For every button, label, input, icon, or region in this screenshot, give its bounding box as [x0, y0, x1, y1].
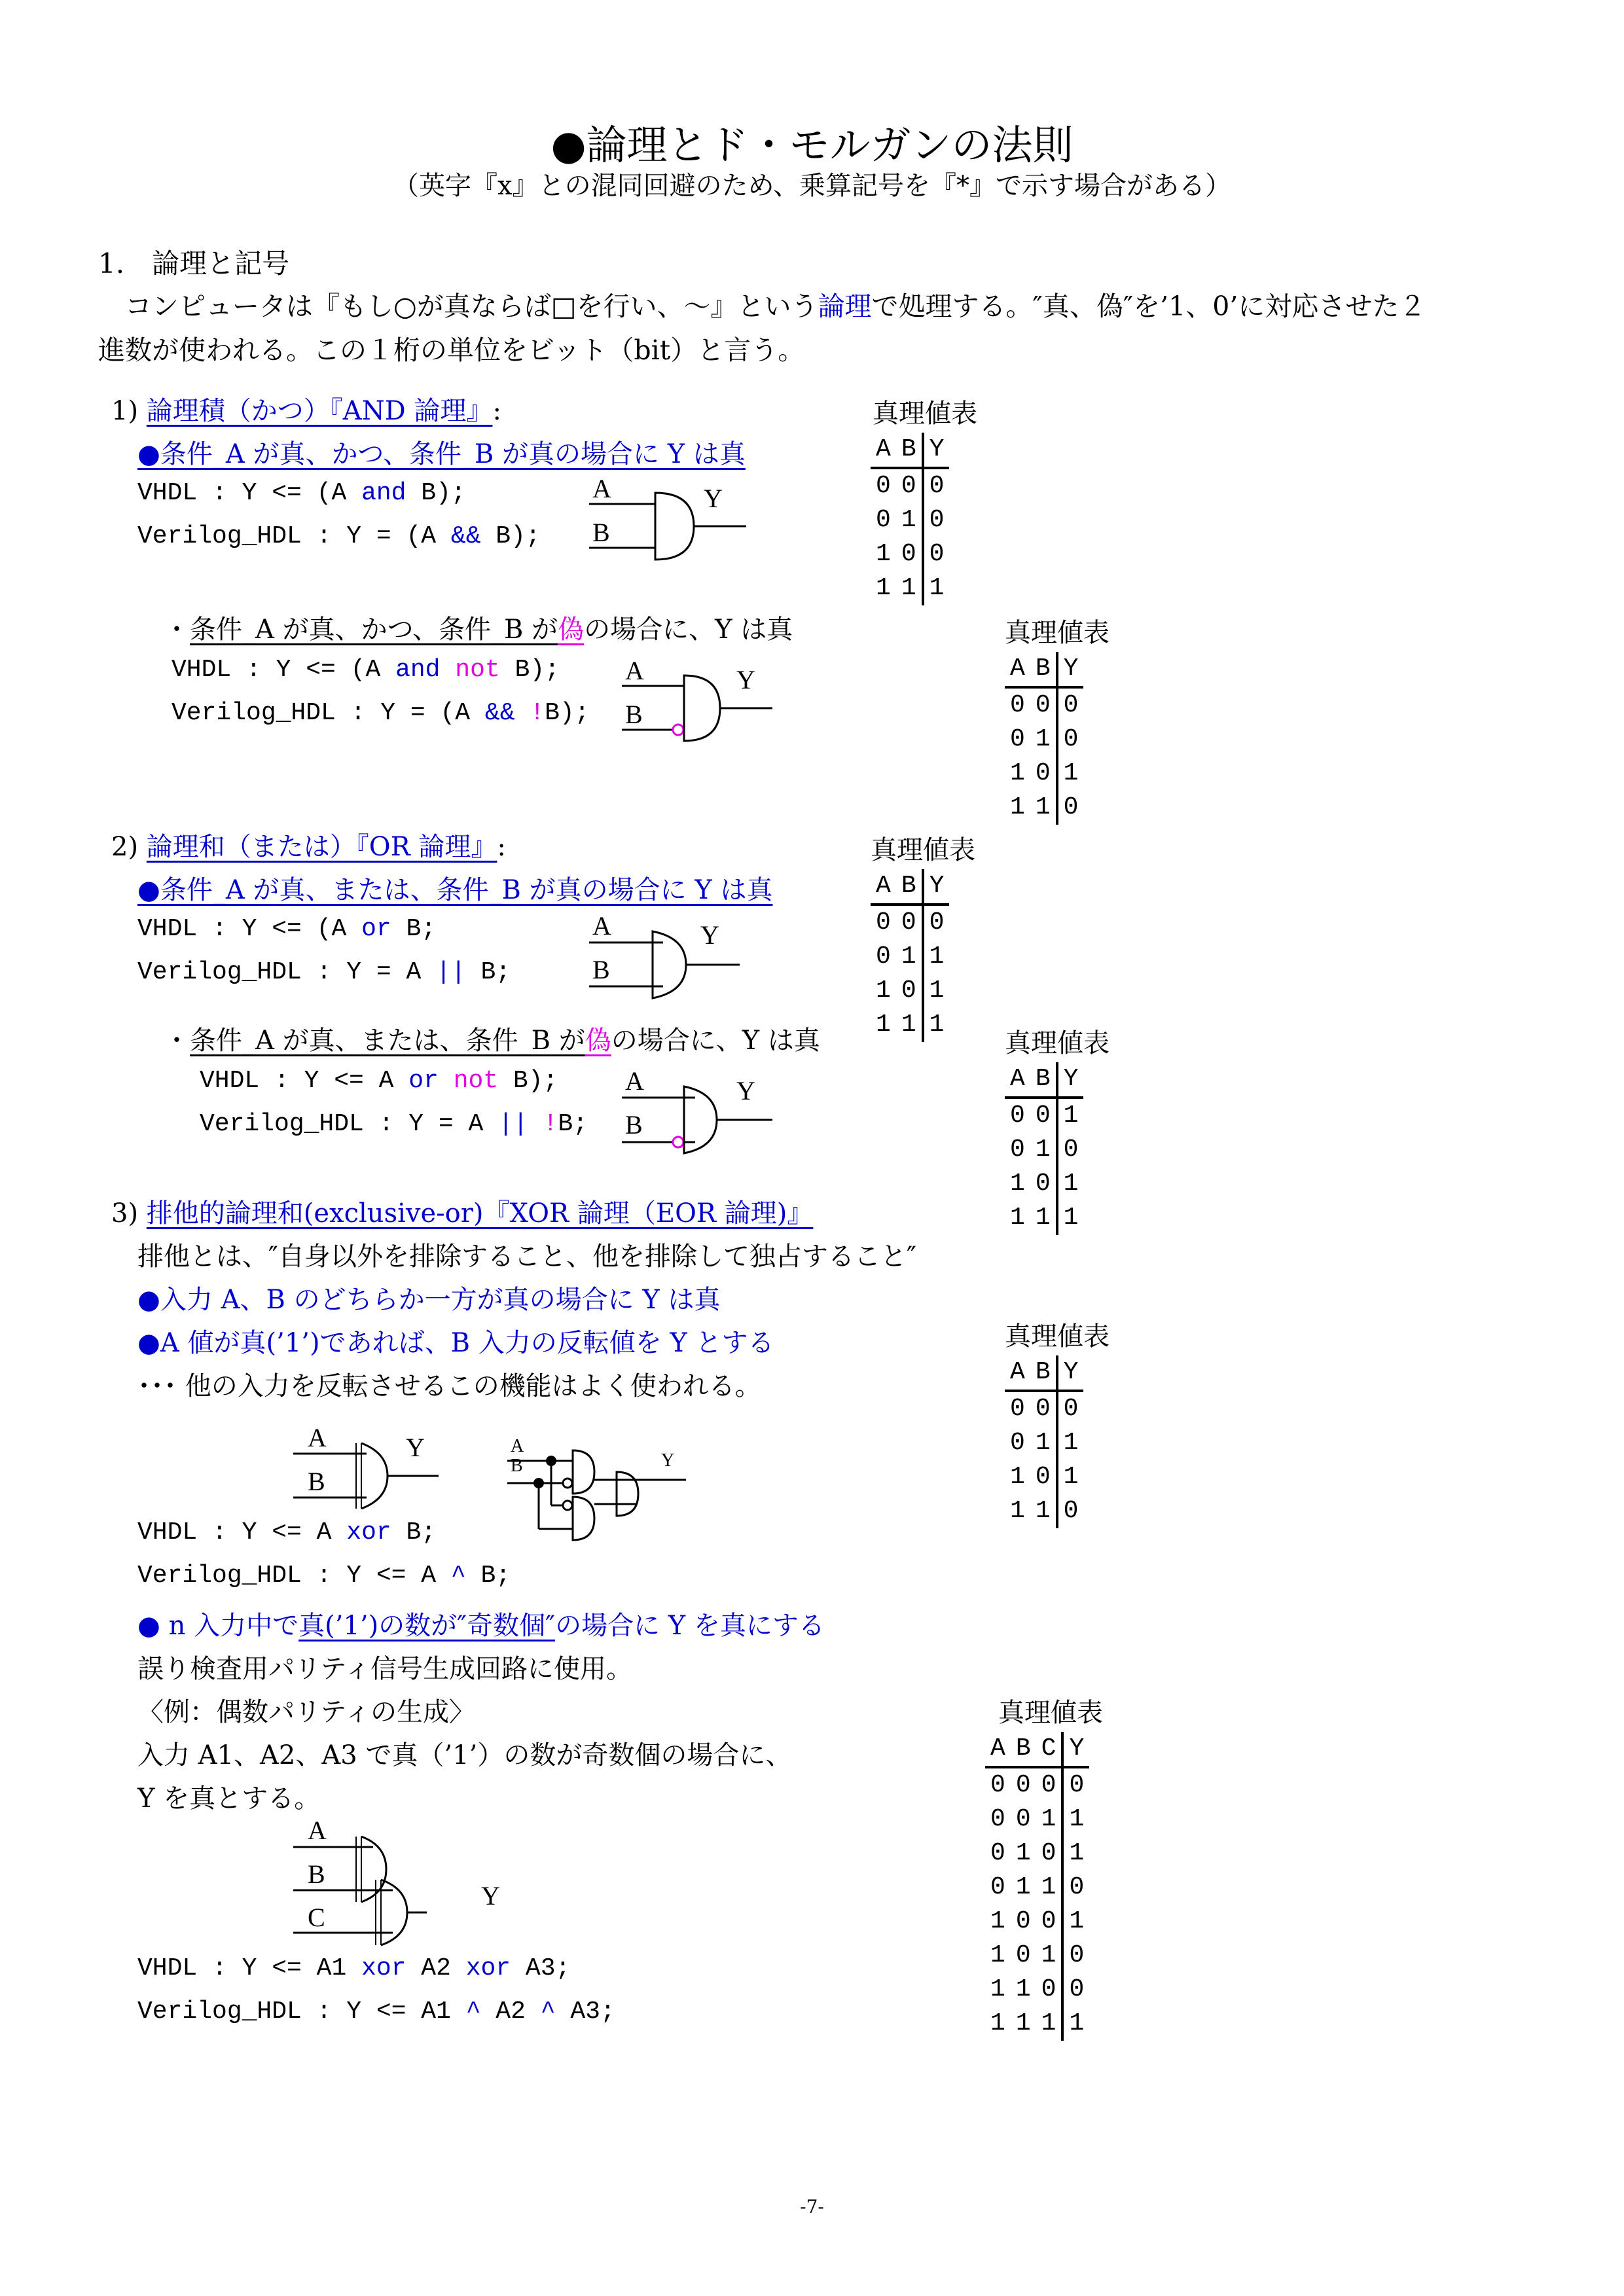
- operator: &&: [451, 522, 481, 550]
- label-a: A: [592, 474, 611, 503]
- and-gate-diagram: A B Y: [576, 471, 772, 563]
- svg-text:B: B: [308, 1467, 325, 1496]
- and-heading: 1) 論理積（かつ）『AND 論理』:: [111, 390, 501, 427]
- page-number: -7-: [0, 2196, 1624, 2217]
- parity-example-title: 〈例：偶数パリティの生成〉: [137, 1691, 475, 1729]
- page-title: ●論理とド・モルガンの法則: [0, 113, 1624, 171]
- false-word: 偽: [558, 615, 584, 645]
- label-a: A: [625, 656, 644, 685]
- and-not-truth-table: ABY 000 010 101 110: [1005, 652, 1083, 825]
- or-not-truth-table-block: 真理値表 ABY 001 010 101 111: [1005, 1022, 1110, 1235]
- xor-note: ･･･ 他の入力を反転させるこの機能はよく使われる。: [137, 1365, 761, 1403]
- or-not-gate-diagram: A B Y: [609, 1067, 805, 1158]
- or-not-truth-table: ABY 001 010 101 111: [1005, 1062, 1083, 1235]
- label-b: B: [592, 518, 610, 547]
- intro-text-b: で処理する。″真、偽″を’1、0’に対応させた２: [872, 291, 1426, 322]
- svg-text:B: B: [511, 1456, 523, 1476]
- svg-text:Y: Y: [661, 1450, 674, 1471]
- svg-text:A: A: [592, 911, 611, 941]
- intro-paragraph-line2: 進数が使われる。この１桁の単位をビット（bit）と言う。: [98, 329, 804, 367]
- page-subtitle: （英字『x』との混同回避のため、乗算記号を『*』で示す場合がある）: [0, 165, 1624, 202]
- svg-text:A: A: [625, 1066, 644, 1096]
- and-not-gate-diagram: A B Y: [609, 655, 805, 746]
- xor-heading: 3) 排他的論理和(exclusive-or)『XOR 論理（EOR 論理)』: [111, 1193, 813, 1230]
- xor-rule-2: ●A 値が真(’1’)であれば、B 入力の反転値を Y とする: [137, 1322, 774, 1359]
- parity-truth-table: ABCY 0000 0011 0101 0110 1001 1010 1100 …: [985, 1732, 1089, 2041]
- and-verilog: Verilog_HDL : Y = (A && B);: [137, 522, 541, 550]
- and-rule: ●条件_A が真、かつ、条件_B が真の場合に Y は真: [137, 433, 746, 471]
- parity-example-line1: 入力 A1、A2、A3 で真（’1’）の数が奇数個の場合に、: [137, 1734, 791, 1772]
- label-b: B: [625, 700, 643, 729]
- or-verilog: Verilog_HDL : Y = A || B;: [137, 958, 511, 986]
- and-number: 1): [111, 396, 138, 426]
- or-title-suffix: :: [497, 832, 505, 862]
- or-heading: 2) 論理和（または）『OR 論理』:: [111, 826, 506, 863]
- code: B);: [481, 522, 541, 550]
- xor-verilog: Verilog_HDL : Y <= A ^ B;: [137, 1562, 511, 1590]
- svg-text:A: A: [308, 1816, 327, 1845]
- and-truth-table-block: 真理値表 ABY 000 010 100 111: [871, 393, 977, 605]
- and-not-truth-table-block: 真理値表 ABY 000 010 101 110: [1005, 612, 1110, 825]
- svg-text:Y: Y: [736, 1076, 755, 1105]
- svg-text:Y: Y: [700, 920, 719, 950]
- parity-vhdl: VHDL : Y <= A1 xor A2 xor A3;: [137, 1954, 570, 1982]
- or-title-link[interactable]: 論理和（または）『OR 論理』: [147, 832, 497, 862]
- code: Verilog_HDL : Y = (A: [137, 522, 451, 550]
- code: B);: [406, 479, 465, 507]
- xor-gate-diagram: A B Y: [288, 1414, 471, 1512]
- xor-truth-table-block: 真理値表 ABY 000 011 101 110: [1005, 1316, 1110, 1528]
- svg-text:B: B: [308, 1859, 325, 1889]
- xor-composite-diagram: A B Y: [497, 1433, 694, 1545]
- truth-table-title: 真理値表: [873, 393, 977, 430]
- intro-paragraph-line1: コンピュータは『もし○が真ならば□を行い、～』という論理で処理する。″真、偽″を…: [98, 285, 1426, 323]
- bullet: ・: [164, 615, 190, 645]
- svg-text:Y: Y: [406, 1433, 425, 1462]
- label-y: Y: [736, 665, 755, 694]
- svg-text:B: B: [625, 1110, 643, 1139]
- rule-text: 条件_A が真、かつ、条件_B が: [190, 615, 558, 645]
- and-title-suffix: :: [492, 396, 501, 426]
- keyword: and: [361, 479, 406, 507]
- or-vhdl: VHDL : Y <= (A or B;: [137, 915, 436, 943]
- and-not-verilog: Verilog_HDL : Y = (A && !B);: [171, 699, 590, 727]
- xor-vhdl: VHDL : Y <= A xor B;: [137, 1518, 436, 1547]
- or-not-vhdl: VHDL : Y <= A or not B);: [200, 1067, 558, 1095]
- code: VHDL : Y <= (A: [137, 479, 361, 507]
- col-b: B: [896, 433, 923, 468]
- or-not-verilog: Verilog_HDL : Y = A || !B;: [200, 1110, 588, 1138]
- xor-title-link[interactable]: 排他的論理和(exclusive-or)『XOR 論理（EOR 論理)』: [147, 1198, 814, 1229]
- or-rule: ●条件_A が真、または、条件_B が真の場合に Y は真: [137, 869, 772, 906]
- xor-rule-1: ●入力 A、B のどちらか一方が真の場合に Y は真: [137, 1279, 720, 1316]
- label-y: Y: [704, 484, 723, 513]
- or-truth-table: ABY 000 011 101 111: [871, 869, 949, 1042]
- section-heading: 1. 論理と記号: [98, 242, 289, 281]
- truth-table-title: 真理値表: [1005, 612, 1110, 649]
- parity-rule: ● n 入力中で真(’1’)の数が″奇数個″の場合に Y を真にする: [137, 1605, 825, 1642]
- svg-text:C: C: [308, 1903, 325, 1932]
- or-not-rule: ・条件_A が真、または、条件_B が偽の場合に、Y は真: [164, 1020, 820, 1057]
- svg-text:B: B: [592, 955, 610, 984]
- parity-usage: 誤り検査用パリティ信号生成回路に使用。: [137, 1648, 632, 1685]
- inverter-bubble: [673, 725, 683, 735]
- and-truth-table: ABY 000 010 100 111: [871, 433, 949, 605]
- and-not-vhdl: VHDL : Y <= (A and not B);: [171, 656, 560, 684]
- or-number: 2): [111, 832, 138, 862]
- parity-gate-diagram: A B C Y: [288, 1806, 511, 1950]
- and-not-rule: ・条件_A が真、かつ、条件_B が偽の場合に、Y は真: [164, 609, 793, 646]
- or-gate-diagram: A B Y: [576, 910, 772, 1001]
- and-vhdl: VHDL : Y <= (A and B);: [137, 479, 466, 507]
- xor-definition: 排他とは、″自身以外を排除すること、他を排除して独占すること″: [137, 1236, 916, 1273]
- svg-text:A: A: [511, 1436, 524, 1456]
- intro-text-a: コンピュータは『もし○が真ならば□を行い、～』という: [98, 291, 818, 322]
- svg-text:Y: Y: [481, 1881, 500, 1910]
- xor-truth-table: ABY 000 011 101 110: [1005, 1355, 1083, 1528]
- and-title-link[interactable]: 論理積（かつ）『AND 論理』: [147, 396, 493, 426]
- col-a: A: [871, 433, 896, 468]
- rule-text: の場合に、Y は真: [584, 615, 793, 645]
- parity-truth-table-block: 真理値表 ABCY 0000 0011 0101 0110 1001 1010 …: [985, 1692, 1103, 2041]
- svg-text:A: A: [308, 1423, 327, 1452]
- col-y: Y: [923, 433, 950, 468]
- or-truth-table-block: 真理値表 ABY 000 011 101 111: [871, 829, 975, 1042]
- logic-link[interactable]: 論理: [818, 291, 872, 322]
- parity-verilog: Verilog_HDL : Y <= A1 ^ A2 ^ A3;: [137, 1998, 615, 2026]
